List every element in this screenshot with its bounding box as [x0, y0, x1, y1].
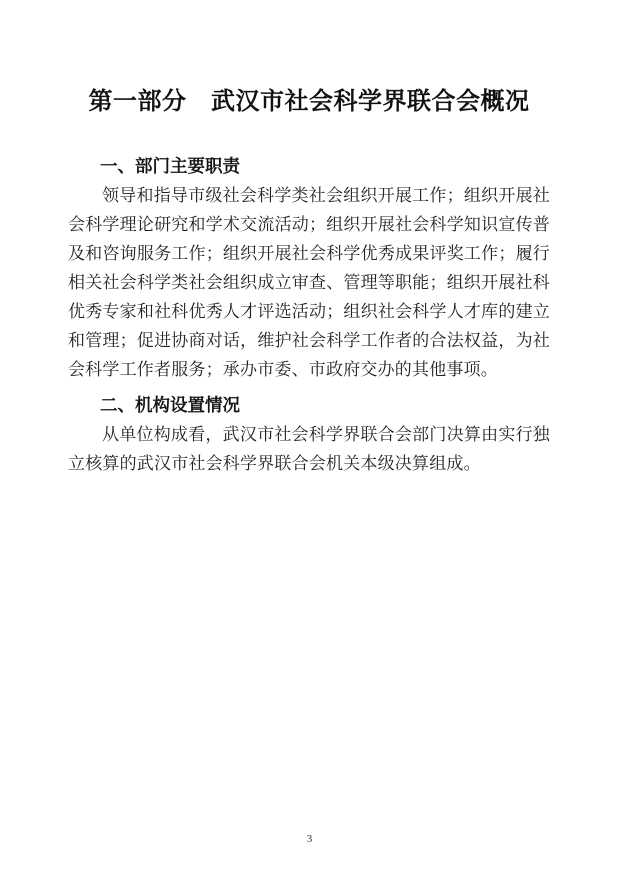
section-1-paragraph: 领导和指导市级社会科学类社会组织开展工作；组织开展社会科学理论研究和学术交流活动… — [68, 181, 550, 384]
document-title: 第一部分 武汉市社会科学界联合会概况 — [68, 85, 550, 118]
section-main-duties: 一、部门主要职责 领导和指导市级社会科学类社会组织开展工作；组织开展社会科学理论… — [68, 152, 550, 384]
section-1-heading: 一、部门主要职责 — [68, 152, 550, 181]
page-footer: 3 — [0, 829, 619, 847]
section-org-setup: 二、机构设置情况 从单位构成看，武汉市社会科学界联合会部门决算由实行独立核算的武… — [68, 391, 550, 478]
section-2-paragraph: 从单位构成看，武汉市社会科学界联合会部门决算由实行独立核算的武汉市社会科学界联合… — [68, 420, 550, 478]
section-2-heading: 二、机构设置情况 — [68, 391, 550, 420]
page-number: 3 — [307, 833, 313, 845]
document-page: 第一部分 武汉市社会科学界联合会概况 一、部门主要职责 领导和指导市级社会科学类… — [0, 0, 619, 875]
